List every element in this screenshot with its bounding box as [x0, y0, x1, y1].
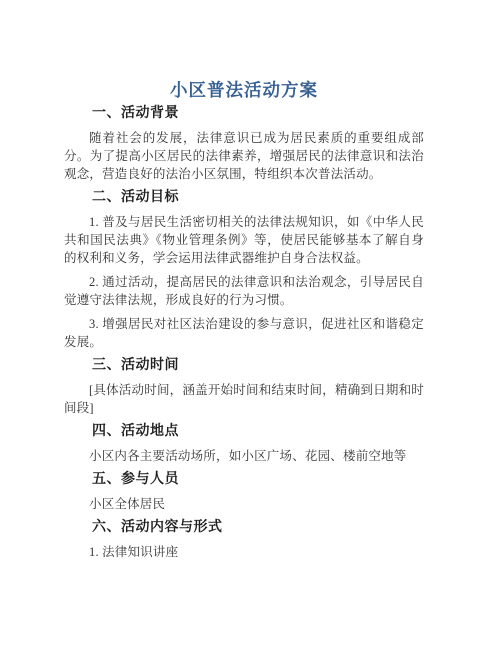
paragraph-background-intro: 随着社会的发展，法律意识已成为居民素质的重要组成部分。为了提高小区居民的法律素养… [64, 129, 424, 183]
section-heading-background: 一、活动背景 [64, 105, 424, 123]
section-heading-participants: 五、参与人员 [64, 471, 424, 489]
section-heading-time: 三、活动时间 [64, 357, 424, 375]
section-participants: 五、参与人员 小区全体居民 [64, 471, 424, 513]
section-heading-goals: 二、活动目标 [64, 189, 424, 207]
paragraph-participants: 小区全体居民 [64, 495, 424, 513]
paragraph-time-placeholder: [具体活动时间，涵盖开始时间和结束时间，精确到日期和时间段] [64, 381, 424, 417]
section-activity-background: 一、活动背景 随着社会的发展，法律意识已成为居民素质的重要组成部分。为了提高小区… [64, 105, 424, 183]
section-activity-location: 四、活动地点 小区内各主要活动场所，如小区广场、花园、楼前空地等 [64, 423, 424, 465]
document-page: 小区普法活动方案 一、活动背景 随着社会的发展，法律意识已成为居民素质的重要组成… [0, 0, 500, 647]
section-content-and-form: 六、活动内容与形式 1. 法律知识讲座 [64, 519, 424, 561]
section-heading-location: 四、活动地点 [64, 423, 424, 441]
paragraph-content-item-1: 1. 法律知识讲座 [64, 543, 424, 561]
paragraph-location: 小区内各主要活动场所，如小区广场、花园、楼前空地等 [64, 447, 424, 465]
paragraph-goal-1: 1. 普及与居民生活密切相关的法律法规知识，如《中华人民共和国民法典》《物业管理… [64, 213, 424, 267]
paragraph-goal-2: 2. 通过活动，提高居民的法律意识和法治观念，引导居民自觉遵守法律法规，形成良好… [64, 273, 424, 309]
section-activity-time: 三、活动时间 [具体活动时间，涵盖开始时间和结束时间，精确到日期和时间段] [64, 357, 424, 417]
section-heading-content-form: 六、活动内容与形式 [64, 519, 424, 537]
paragraph-goal-3: 3. 增强居民对社区法治建设的参与意识，促进社区和谐稳定发展。 [64, 315, 424, 351]
document-title: 小区普法活动方案 [64, 79, 424, 101]
section-activity-goals: 二、活动目标 1. 普及与居民生活密切相关的法律法规知识，如《中华人民共和国民法… [64, 189, 424, 351]
